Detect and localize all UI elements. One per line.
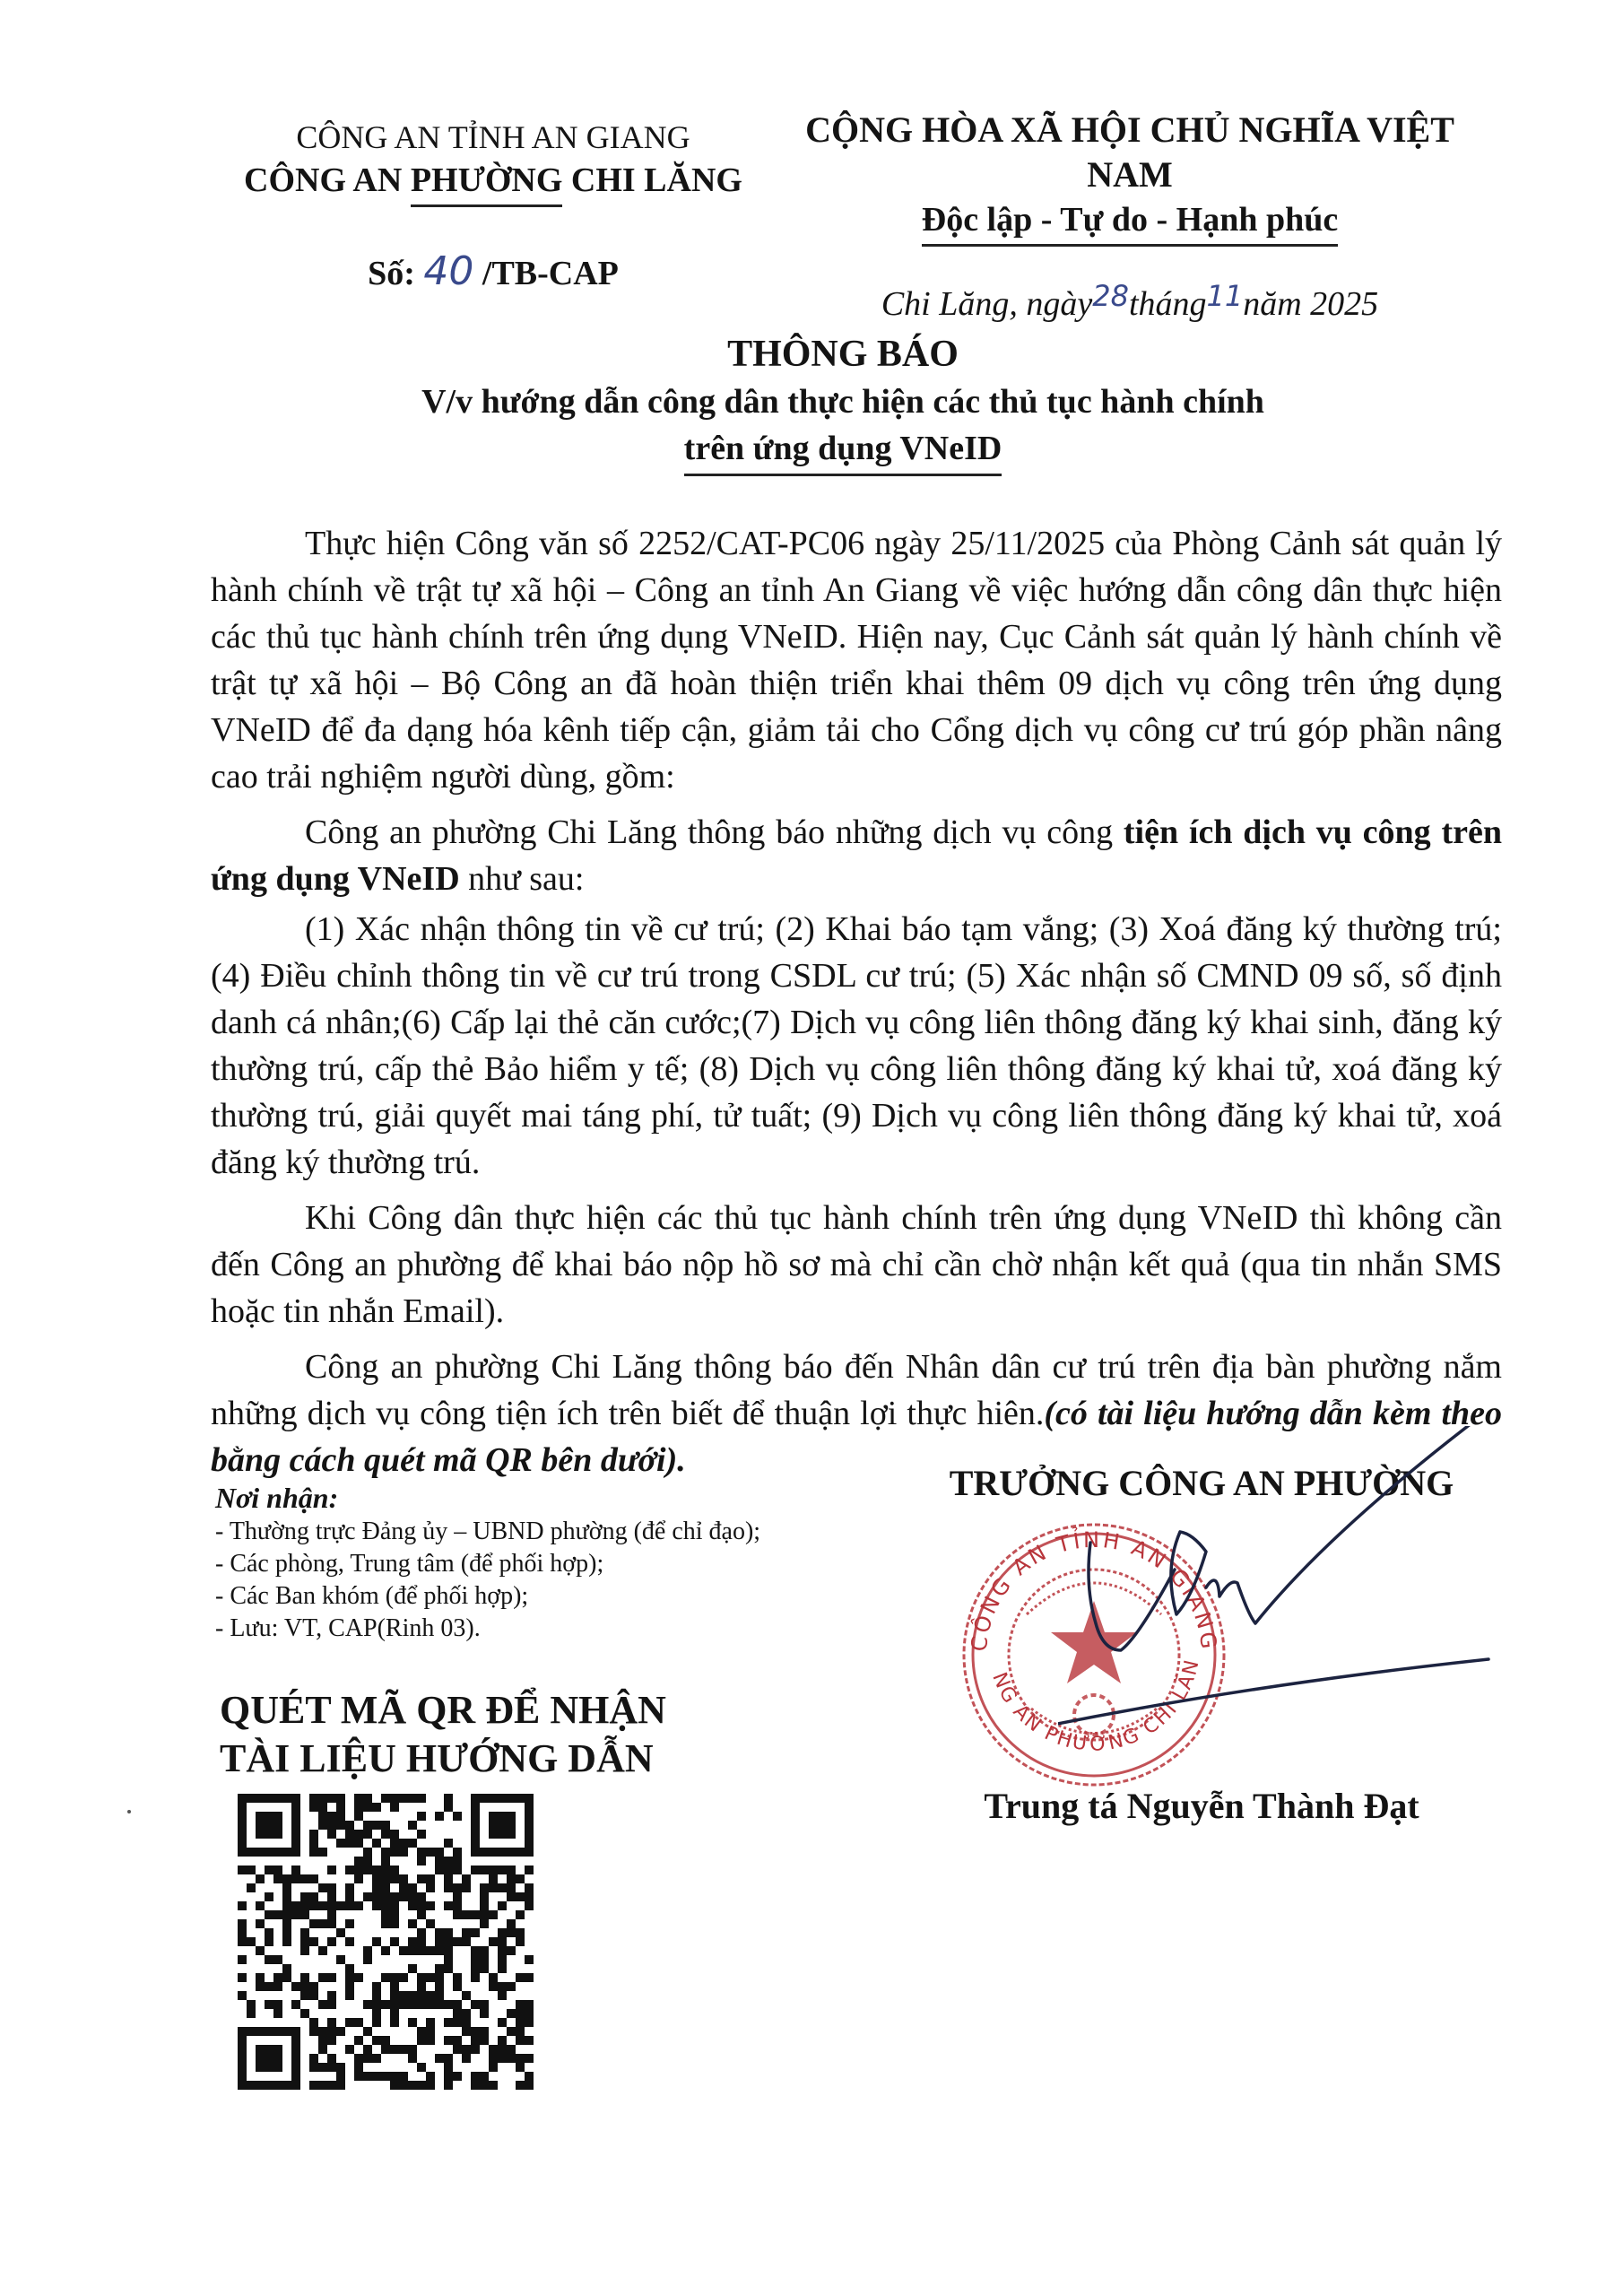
document-body: Thực hiện Công văn số 2252/CAT-PC06 ngày…: [211, 520, 1502, 1492]
document-number: Số: 40 /TB-CAP: [179, 248, 807, 294]
parent-agency: CÔNG AN TỈNH AN GIANG: [179, 117, 807, 158]
paragraph-benefit: Khi Công dân thực hiện các thủ tục hành …: [211, 1195, 1502, 1335]
nation-name: CỘNG HÒA XÃ HỘI CHỦ NGHĨA VIỆT NAM: [771, 108, 1488, 197]
document-type: THÔNG BÁO: [269, 330, 1417, 378]
national-header-block: CỘNG HÒA XÃ HỘI CHỦ NGHĨA VIỆT NAM Độc l…: [771, 108, 1488, 324]
subject-line-1: V/v hướng dẫn công dân thực hiện các thủ…: [269, 378, 1417, 425]
motto: Độc lập - Tự do - Hạnh phúc: [771, 197, 1488, 247]
scan-speck: [127, 1810, 131, 1813]
recipients-block: Nơi nhận: - Thường trực Đảng ủy – UBND p…: [215, 1480, 933, 1645]
recipient-item: - Các phòng, Trung tâm (để phối hợp);: [215, 1548, 933, 1580]
date-place: Chi Lăng, ngày28tháng11năm 2025: [771, 279, 1488, 324]
paragraph-reference: Thực hiện Công văn số 2252/CAT-PC06 ngày…: [211, 520, 1502, 800]
signature: [1058, 1426, 1524, 1785]
paragraph-services-list: (1) Xác nhận thông tin về cư trú; (2) Kh…: [211, 906, 1502, 1186]
issuing-agency-block: CÔNG AN TỈNH AN GIANG CÔNG AN PHƯỜNG CHI…: [179, 117, 807, 294]
qr-heading: QUÉT MÃ QR ĐỂ NHẬN TÀI LIỆU HƯỚNG DẪN: [220, 1686, 758, 1783]
paragraph-announcement: Công an phường Chi Lăng thông báo những …: [211, 809, 1502, 902]
document-title-block: THÔNG BÁO V/v hướng dẫn công dân thực hi…: [269, 330, 1417, 476]
handwritten-month: 11: [1207, 279, 1244, 313]
recipients-label: Nơi nhận:: [215, 1480, 933, 1516]
handwritten-day: 28: [1092, 279, 1129, 313]
subject-line-2: trên ứng dụng VNeID: [269, 425, 1417, 476]
recipient-item: - Thường trực Đảng ủy – UBND phường (để …: [215, 1516, 933, 1548]
recipient-item: - Lưu: VT, CAP(Rinh 03).: [215, 1613, 933, 1645]
handwritten-number: 40: [423, 248, 473, 294]
qr-code[interactable]: [238, 1794, 534, 2090]
recipient-item: - Các Ban khóm (để phối hợp);: [215, 1580, 933, 1613]
issuing-agency: CÔNG AN PHƯỜNG CHI LĂNG: [179, 158, 807, 207]
signer-name: Trung tá Nguyễn Thành Đạt: [933, 1785, 1471, 1827]
